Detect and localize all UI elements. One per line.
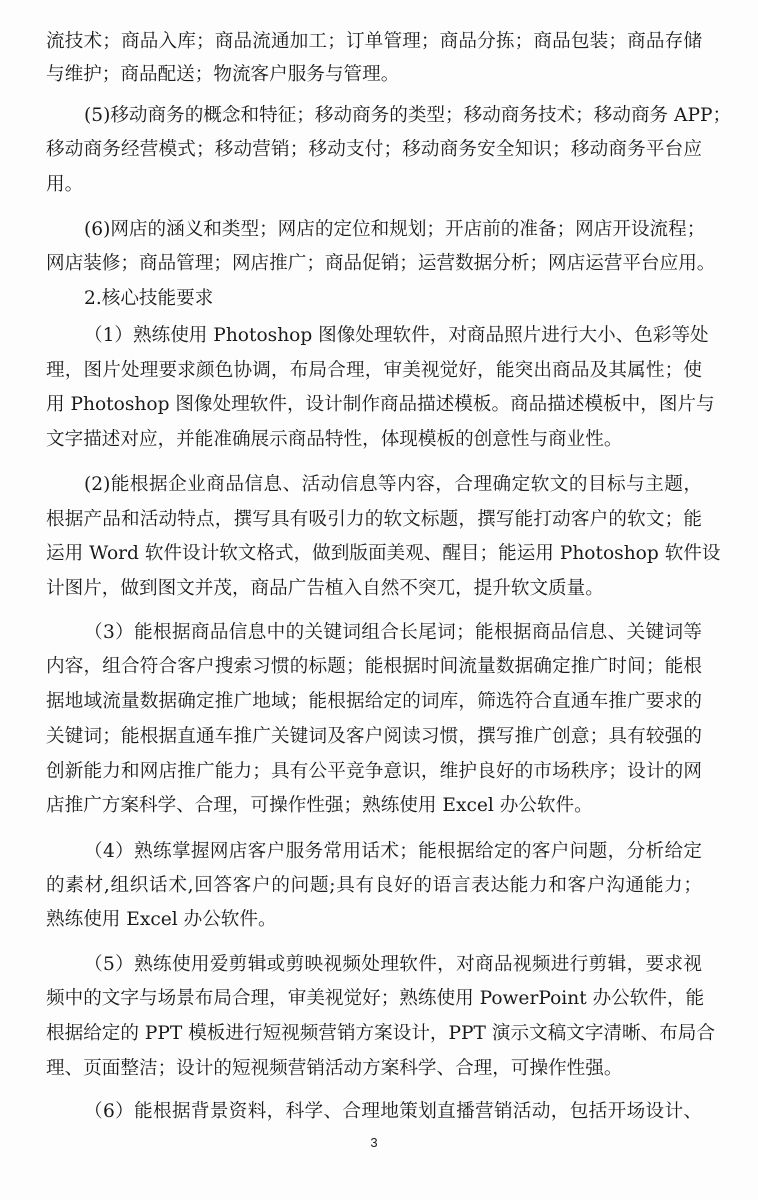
text-line: 频中的文字与场景布局合理，审美视觉好；熟练使用 PowerPoint 办公软件，…	[46, 987, 702, 1011]
text-line: 运用 Word 软件设计软文格式，做到版面美观、醒目；能运用 Photoshop…	[46, 542, 702, 566]
text-line: 据地域流量数据确定推广地域；能根据给定的词库，筛选符合直通车推广要求的	[46, 690, 702, 714]
text-line: 用 Photoshop 图像处理软件，设计制作商品描述模板。商品描述模板中，图片…	[46, 393, 702, 417]
text-line: 2.核心技能要求	[84, 287, 702, 311]
text-line: 理，图片处理要求颜色协调，布局合理，审美视觉好，能突出商品及其属性；使	[46, 359, 702, 383]
text-line: 熟练使用 Excel 办公软件。	[46, 908, 702, 932]
text-line: 关键词；能根据直通车推广关键词及客户阅读习惯，撰写推广创意；具有较强的	[46, 725, 702, 749]
text-line: (6)网店的涵义和类型；网店的定位和规划；开店前的准备；网店开设流程；	[84, 218, 702, 242]
text-line: （3）能根据商品信息中的关键词组合长尾词；能根据商品信息、关键词等	[84, 621, 702, 645]
text-line: 内容，组合符合客户搜索习惯的标题；能根据时间流量数据确定推广时间；能根	[46, 655, 702, 679]
text-line: (5)移动商务的概念和特征；移动商务的类型；移动商务技术；移动商务 APP；	[84, 104, 702, 128]
text-line: (2)能根据企业商品信息、活动信息等内容，合理确定软文的目标与主题，	[84, 473, 702, 497]
text-line: 用。	[46, 173, 702, 197]
text-line: （1）熟练使用 Photoshop 图像处理软件，对商品照片进行大小、色彩等处	[84, 324, 702, 348]
text-line: （6）能根据背景资料，科学、合理地策划直播营销活动，包括开场设计、	[84, 1100, 702, 1124]
text-line: （4）熟练掌握网店客户服务常用话术；能根据给定的客户问题，分析给定	[84, 840, 702, 864]
text-line: 根据产品和活动特点，撰写具有吸引力的软文标题，撰写能打动客户的软文；能	[46, 508, 702, 532]
text-line: 店推广方案科学、合理，可操作性强；熟练使用 Excel 办公软件。	[46, 794, 702, 818]
text-line: 文字描述对应，并能准确展示商品特性，体现模板的创意性与商业性。	[46, 428, 702, 452]
text-line: 计图片，做到图文并茂，商品广告植入自然不突兀，提升软文质量。	[46, 577, 702, 601]
text-line: （5）熟练使用爱剪辑或剪映视频处理软件，对商品视频进行剪辑，要求视	[84, 953, 702, 977]
page-number: 3	[366, 1134, 382, 1152]
text-line: 网店装修；商品管理；网店推广；商品促销；运营数据分析；网店运营平台应用。	[46, 252, 702, 276]
text-line: 理、页面整洁；设计的短视频营销活动方案科学、合理，可操作性强。	[46, 1057, 702, 1081]
document-page: 流技术；商品入库；商品流通加工；订单管理；商品分拣；商品包装；商品存储与维护；商…	[0, 0, 758, 1200]
text-line: 移动商务经营模式；移动营销；移动支付；移动商务安全知识；移动商务平台应	[46, 138, 702, 162]
text-line: 的素材,组织话术,回答客户的问题;具有良好的语言表达能力和客户沟通能力；	[46, 874, 702, 898]
text-line: 流技术；商品入库；商品流通加工；订单管理；商品分拣；商品包装；商品存储	[46, 30, 702, 54]
text-line: 创新能力和网店推广能力；具有公平竞争意识，维护良好的市场秩序；设计的网	[46, 760, 702, 784]
text-line: 与维护；商品配送；物流客户服务与管理。	[46, 63, 702, 87]
text-line: 根据给定的 PPT 模板进行短视频营销方案设计，PPT 演示文稿文字清晰、布局合	[46, 1022, 702, 1046]
